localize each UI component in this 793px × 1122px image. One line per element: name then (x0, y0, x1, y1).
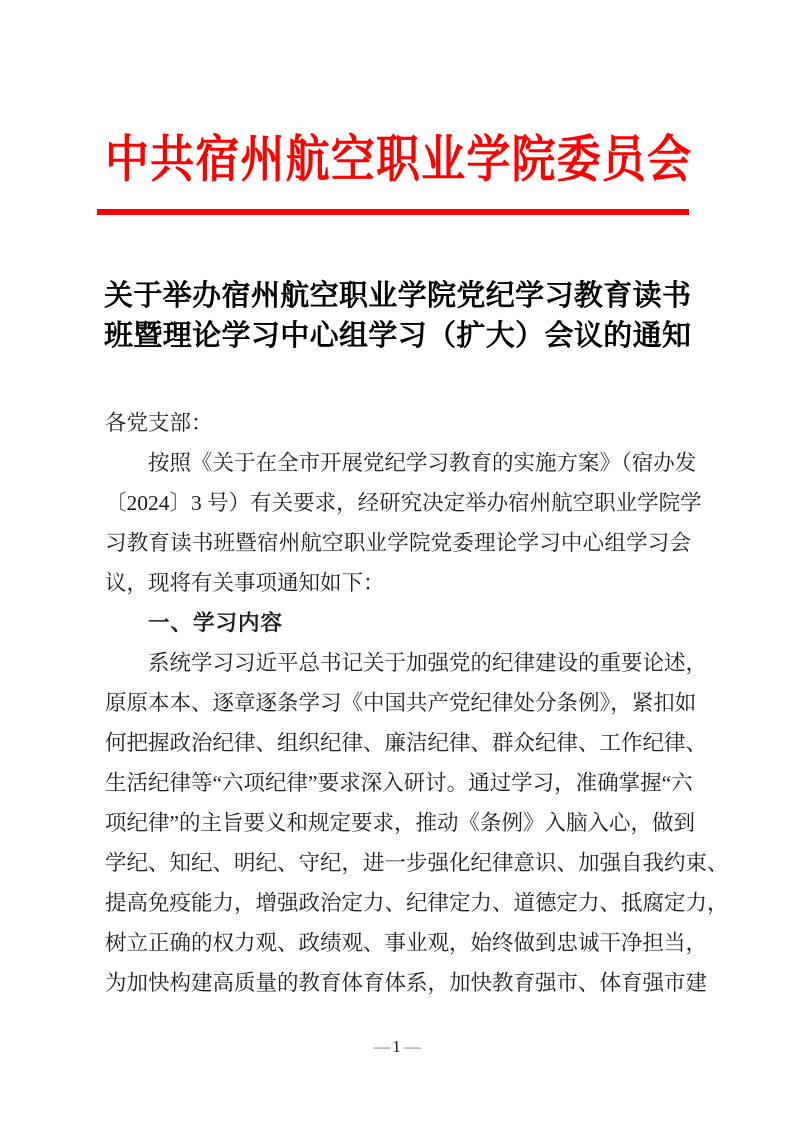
page-number-value: 1 (389, 1037, 404, 1056)
body-line: 原原本本、逐章逐条学习《中国共产党纪律处分条例》，紧扣如 (105, 683, 691, 723)
page-number-dash-right: — (404, 1037, 420, 1056)
body-line: 〔2024〕3 号）有关要求，经研究决定举办宿州航空职业学院学 (105, 483, 691, 523)
body-line: 习教育读书班暨宿州航空职业学院党委理论学习中心组学习会 (105, 523, 691, 563)
body-line: 生活纪律等“六项纪律”要求深入研讨。通过学习，准确掌握“六 (105, 763, 691, 803)
section-heading: 一、学习内容 (105, 603, 691, 643)
body-line: 项纪律”的主旨要义和规定要求，推动《条例》入脑入心，做到 (105, 803, 691, 843)
body-line: 树立正确的权力观、政绩观、事业观，始终做到忠诚干净担当， (105, 923, 691, 963)
body-line: 按照《关于在全市开展党纪学习教育的实施方案》（宿办发 (105, 443, 691, 483)
letterhead-org-name: 中共宿州航空职业学院委员会 (105, 128, 691, 192)
body-line: 何把握政治纪律、组织纪律、廉洁纪律、群众纪律、工作纪律、 (105, 723, 691, 763)
document-title-line-2: 班暨理论学习中心组学习（扩大）会议的通知 (104, 316, 691, 356)
document-title: 关于举办宿州航空职业学院党纪学习教育读书 班暨理论学习中心组学习（扩大）会议的通… (104, 276, 691, 356)
salutation-line: 各党支部： (105, 403, 691, 443)
document-body: 各党支部： 按照《关于在全市开展党纪学习教育的实施方案》（宿办发 〔2024〕3… (105, 403, 691, 1003)
body-line: 提高免疫能力，增强政治定力、纪律定力、道德定力、抵腐定力， (105, 883, 691, 923)
letterhead-double-rule (97, 209, 689, 215)
body-line: 为加快构建高质量的教育体育体系，加快教育强市、体育强市建 (105, 963, 691, 1003)
body-line: 学纪、知纪、明纪、守纪，进一步强化纪律意识、加强自我约束、 (105, 843, 691, 883)
page-number-dash-left: — (373, 1037, 389, 1056)
document-title-line-1: 关于举办宿州航空职业学院党纪学习教育读书 (104, 276, 691, 316)
document-page: 中共宿州航空职业学院委员会 关于举办宿州航空职业学院党纪学习教育读书 班暨理论学… (0, 0, 793, 1122)
body-line: 系统学习习近平总书记关于加强党的纪律建设的重要论述， (105, 643, 691, 683)
page-number: —1— (0, 1036, 793, 1058)
body-line: 议，现将有关事项通知如下： (105, 563, 691, 603)
